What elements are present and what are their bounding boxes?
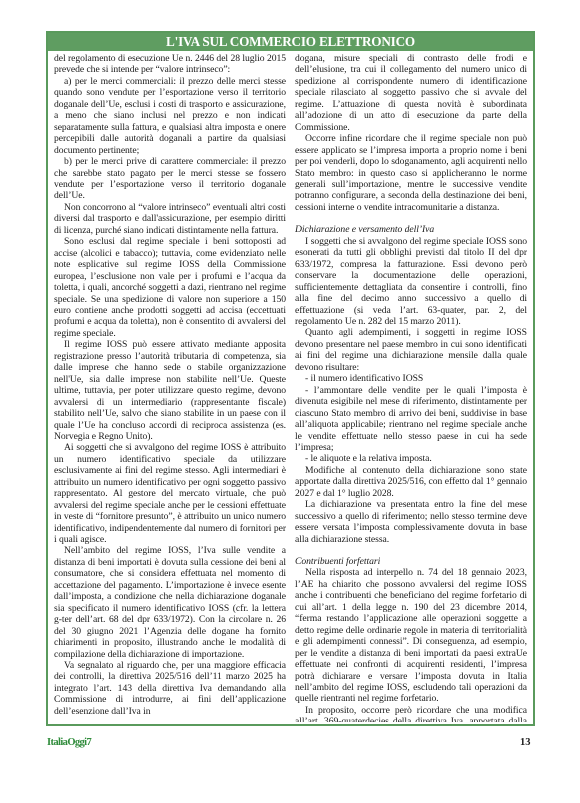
subheading-dichiarazione: Dichiarazione e versamento dell’Iva <box>295 224 527 235</box>
paragraph: Sono esclusi dal regime speciale i beni … <box>54 236 286 339</box>
subheading-contribuenti: Contribuenti forfettari <box>295 556 527 567</box>
paragraph: b) per le merci prive di carattere comme… <box>54 156 286 202</box>
paragraph: del regolamento di esecuzione Ue n. 2446… <box>54 53 286 76</box>
paragraph: Nella risposta ad interpello n. 74 del 1… <box>295 567 527 704</box>
list-item: - il numero identificativo IOSS <box>295 373 527 384</box>
paragraph: Ai soggetti che si avvalgono del regime … <box>54 442 286 545</box>
publication-logo: ItaliaOggi7 <box>47 737 91 748</box>
paragraph: Non concorrono al “valore intrinseco” ev… <box>54 202 286 236</box>
paragraph: Modifiche al contenuto della dichiarazio… <box>295 465 527 499</box>
article-box: L'IVA SUL COMMERCIO ELETTRONICO del rego… <box>46 31 535 726</box>
list-item: - le aliquote e la relativa imposta. <box>295 453 527 464</box>
right-column: dogana, misure speciali di contrasto del… <box>295 53 527 722</box>
page-number: 13 <box>520 737 531 748</box>
section-header: L'IVA SUL COMMERCIO ELETTRONICO <box>48 33 533 51</box>
paragraph: Nell’ambito del regime IOSS, l’Iva sulle… <box>54 545 286 660</box>
paragraph: Quanto agli adempimenti, i soggetti in r… <box>295 327 527 373</box>
paragraph: a) per le merci commerciali: il prezzo d… <box>54 76 286 156</box>
paragraph: In proposito, occorre però ricordare che… <box>295 705 527 722</box>
list-item: - l’ammontare delle vendite per le quali… <box>295 385 527 454</box>
paragraph: Va segnalato al riguardo che, per una ma… <box>54 660 286 717</box>
paragraph: La dichiarazione va presentata entro la … <box>295 499 527 545</box>
left-column: del regolamento di esecuzione Ue n. 2446… <box>54 53 286 722</box>
paragraph: Occorre infine ricordare che il regime s… <box>295 133 527 213</box>
paragraph: I soggetti che si avvalgono del regime s… <box>295 236 527 328</box>
paragraph: Il regime IOSS può essere attivato media… <box>54 339 286 442</box>
article-columns: del regolamento di esecuzione Ue n. 2446… <box>54 53 527 722</box>
paragraph: dogana, misure speciali di contrasto del… <box>295 53 527 133</box>
